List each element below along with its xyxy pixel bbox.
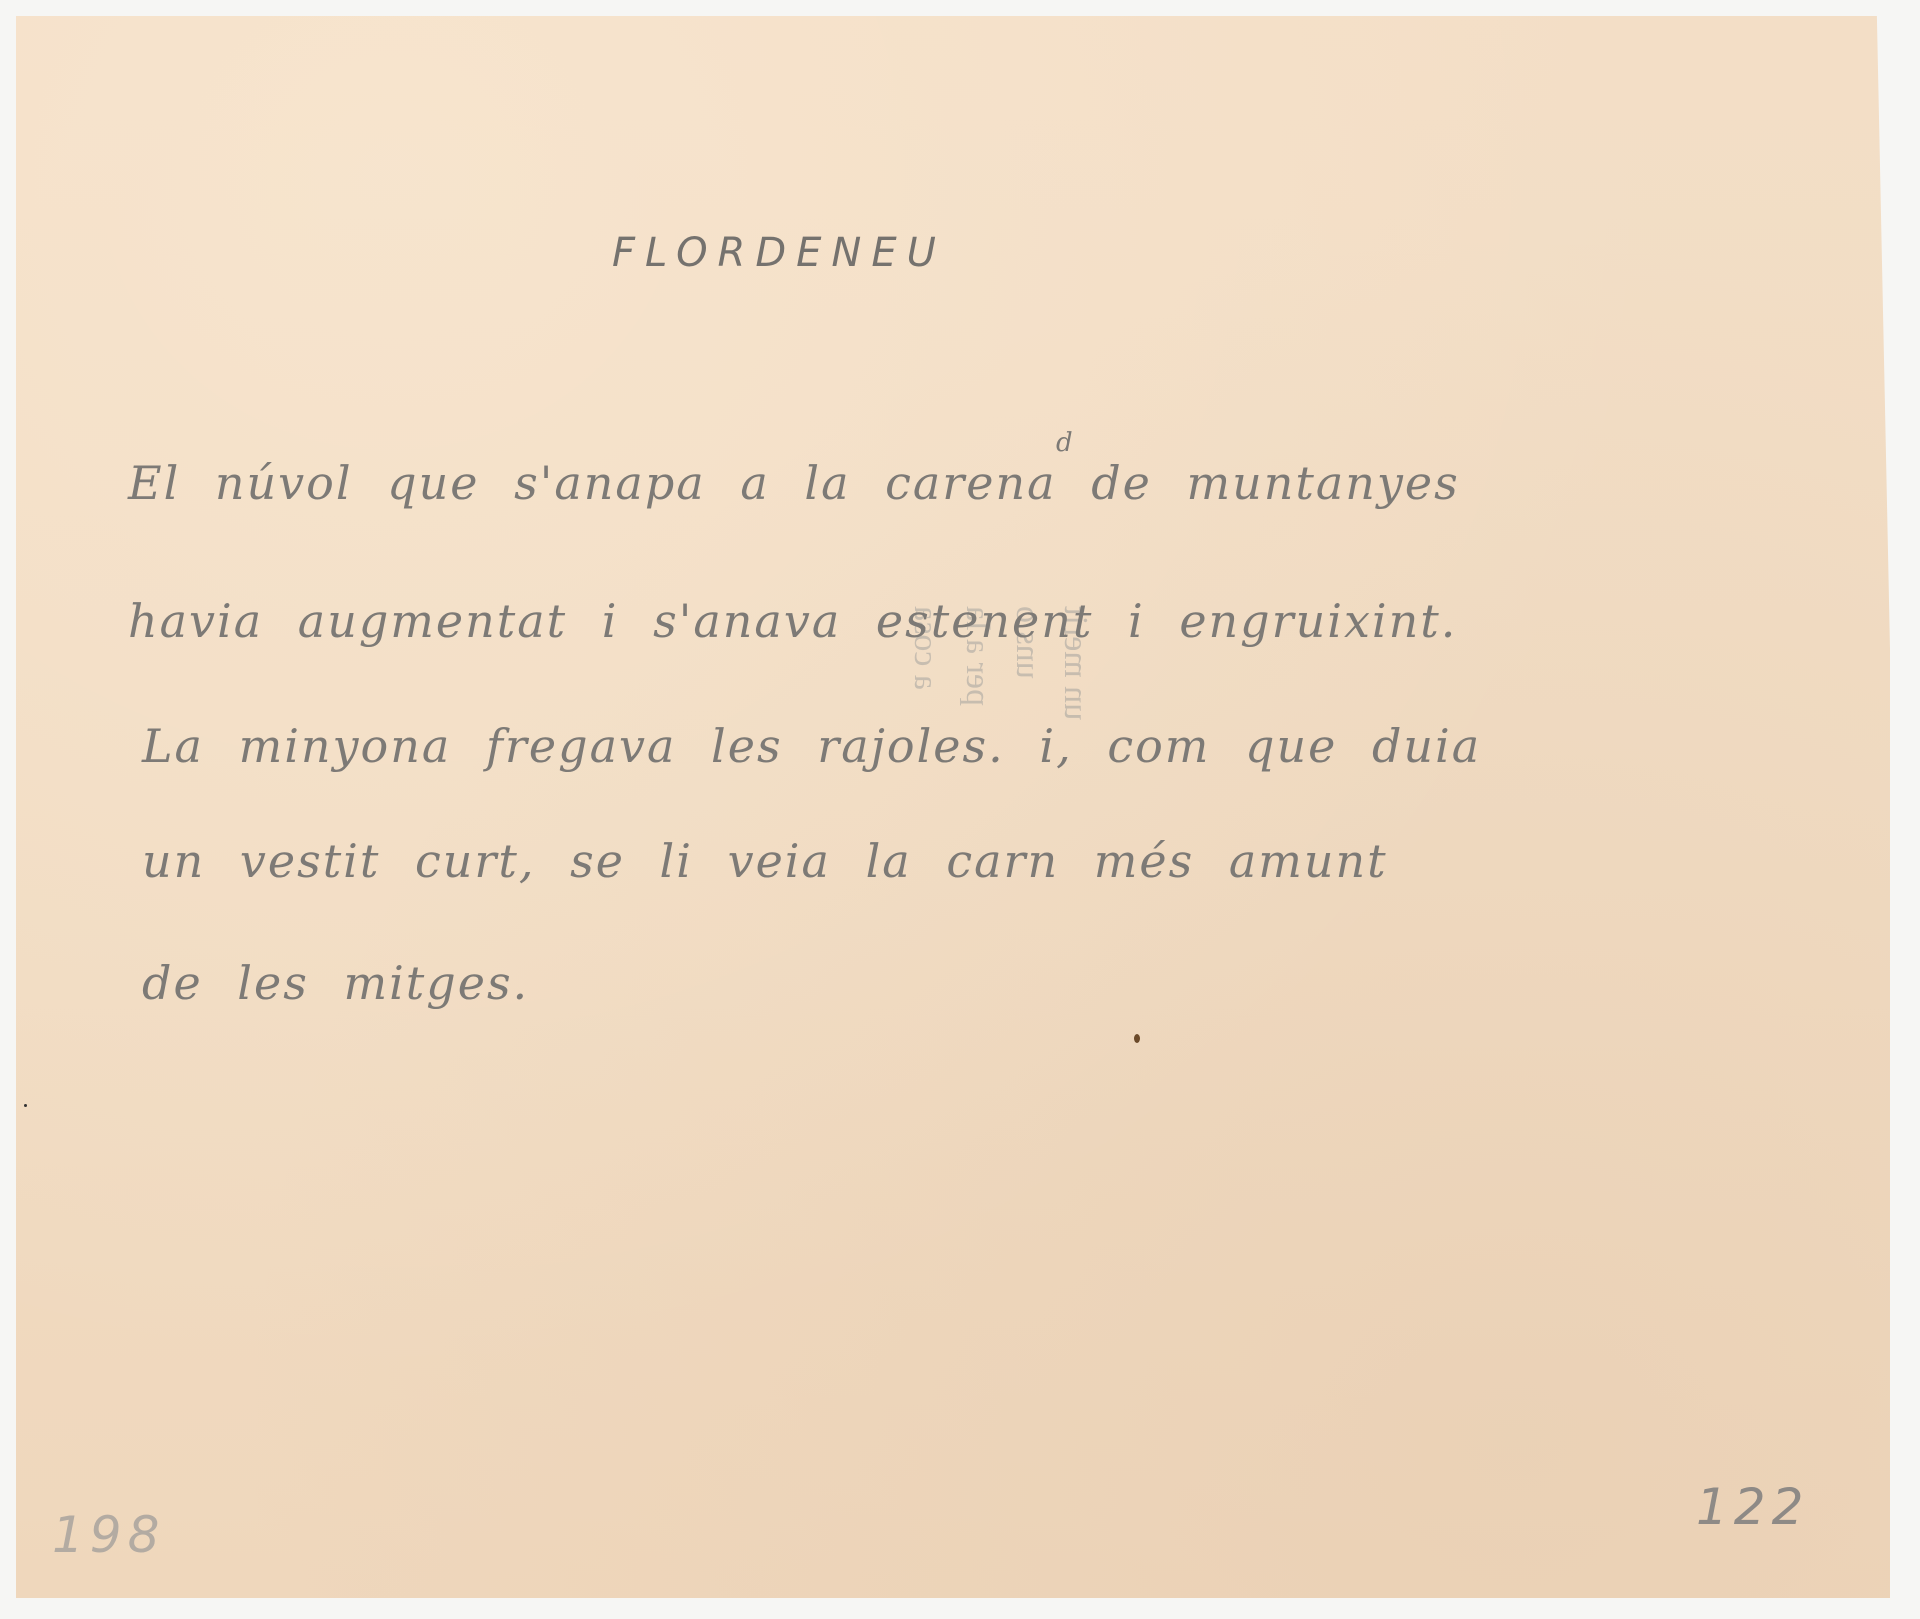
text-line-2: havia augmentat i s'anava estenent i eng…	[128, 594, 1457, 648]
paper-speck	[1134, 1034, 1140, 1043]
page-number-left: 198	[52, 1506, 165, 1564]
text-line-4: un vestit curt, se li veia la carn més a…	[142, 834, 1388, 888]
interlinear-correction: d	[1056, 428, 1073, 458]
reverse-side-show-through: a cosa per a la uns o un merit	[896, 606, 1096, 1046]
text-line-1: El núvol que s'anapa a la carena de munt…	[128, 456, 1460, 510]
paper-speck	[24, 1104, 27, 1107]
manuscript-page: a cosa per a la uns o un merit FLORDENEU…	[16, 16, 1890, 1598]
text-line-3: La minyona fregava les rajoles. i, com q…	[142, 719, 1481, 773]
text-line-5: de les mitges.	[142, 956, 529, 1010]
document-title: FLORDENEU	[612, 230, 946, 276]
page-number-right: 122	[1696, 1478, 1809, 1536]
